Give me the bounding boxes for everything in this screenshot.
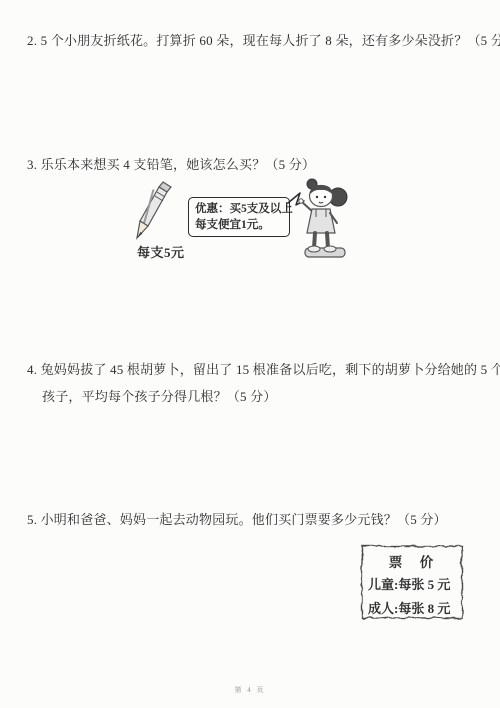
speech-bubble-line-1: 优惠：买5支及以上 <box>195 201 284 217</box>
question-4-line-1: 4. 兔妈妈拔了 45 根胡萝卜，留出了 15 根准备以后吃，剩下的胡萝卜分给她… <box>27 362 500 378</box>
pencil-icon <box>127 180 177 244</box>
discount-speech-bubble: 优惠：买5支及以上 每支便宜1元。 <box>188 197 290 237</box>
question-2: 2. 5 个小朋友折纸花。打算折 60 朵，现在每人折了 8 朵，还有多少朵没折… <box>27 33 500 49</box>
pencil-price-label: 每支5元 <box>137 242 185 261</box>
worksheet-page: 2. 5 个小朋友折纸花。打算折 60 朵，现在每人折了 8 朵，还有多少朵没折… <box>0 0 500 708</box>
question-4-line-2: 孩子，平均每个孩子分得几根？（5 分） <box>42 389 277 405</box>
speech-bubble-line-2: 每支便宜1元。 <box>195 217 284 233</box>
ticket-row-child: 儿童:每张 5 元 <box>368 574 450 593</box>
question-5: 5. 小明和爸爸、妈妈一起去动物园玩。他们买门票要多少元钱？（5 分） <box>27 512 447 528</box>
page-number: 第 4 页 <box>0 685 500 695</box>
question-3: 3. 乐乐本来想买 4 支铅笔，她该怎么买？（5 分） <box>27 157 315 173</box>
ticket-row-adult: 成人:每张 8 元 <box>368 598 450 617</box>
girl-icon <box>297 177 353 261</box>
ticket-price-box: 票 价 儿童:每张 5 元 成人:每张 8 元 <box>357 542 467 622</box>
ticket-box-title: 票 价 <box>357 551 467 571</box>
